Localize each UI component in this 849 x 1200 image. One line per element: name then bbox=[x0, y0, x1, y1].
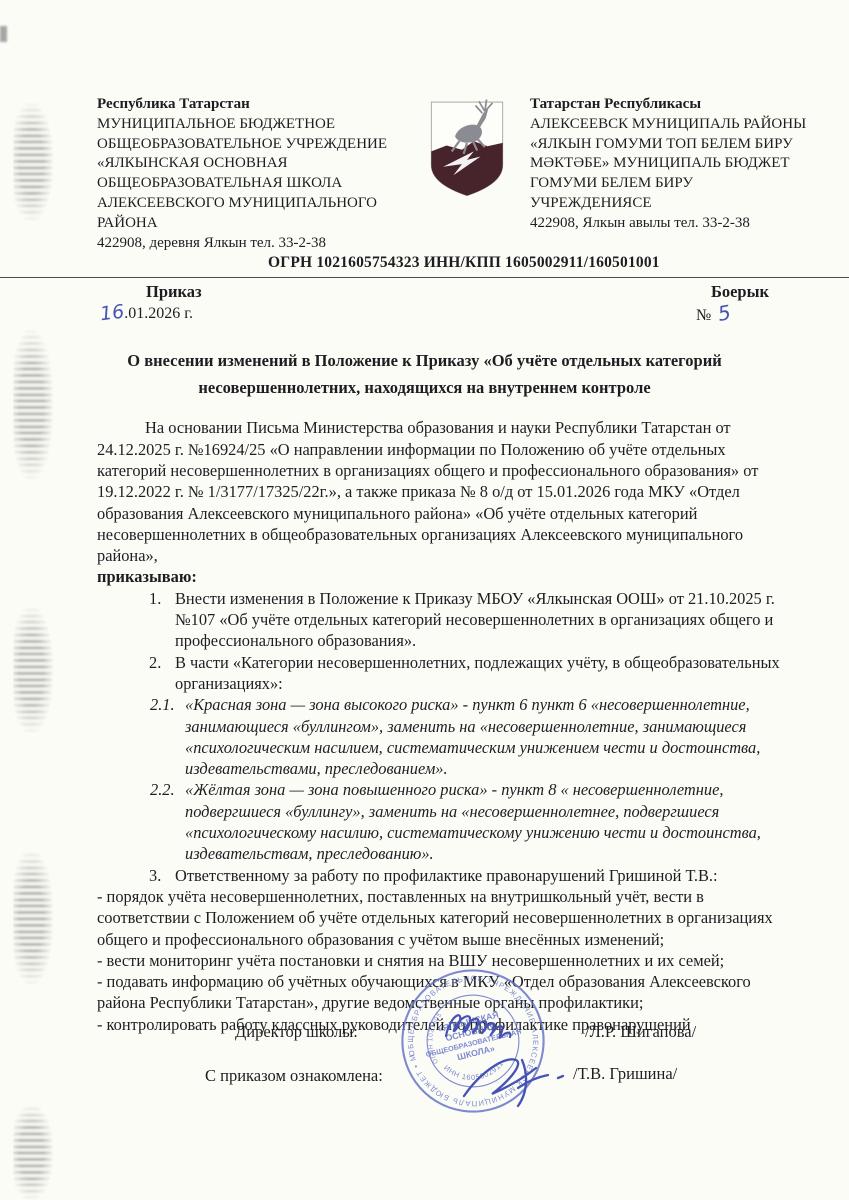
letterhead-line: 422908, деревня Ялкын тел. 33-2-38 bbox=[97, 234, 418, 254]
coat-of-arms-icon bbox=[424, 97, 510, 199]
intro-paragraph: На основании Письма Министерства образов… bbox=[97, 417, 787, 566]
order-labels-row: Приказ Боерык bbox=[0, 278, 849, 302]
letterhead-line: АЛЕКСЕЕВСКОГО МУНИЦИПАЛЬНОГО bbox=[97, 194, 418, 214]
acknowledged-name: /Т.В. Гришина/ bbox=[573, 1064, 677, 1084]
letterhead-russian-block: Республика Татарстан МУНИЦИПАЛЬНОЕ БЮДЖЕ… bbox=[97, 95, 418, 253]
numbered-item: 2.1.«Красная зона — зона высокого риска»… bbox=[97, 694, 787, 779]
numbered-item: 1.Внести изменения в Положение к Приказу… bbox=[97, 588, 787, 652]
acknowledged-label: С приказом ознакомлена: bbox=[205, 1066, 383, 1086]
order-title: О внесении изменений в Положение к Прика… bbox=[0, 347, 849, 401]
letterhead-right-title: Татарстан Республикасы bbox=[530, 95, 809, 115]
order-values-row: 16.01.2026 г. №5 bbox=[0, 302, 849, 325]
order-body: На основании Письма Министерства образов… bbox=[97, 417, 787, 1035]
number-sign: № bbox=[696, 307, 711, 324]
scanned-order-document: Республика Татарстан МУНИЦИПАЛЬНОЕ БЮДЖЕ… bbox=[0, 0, 849, 1200]
item-number: 2. bbox=[149, 652, 161, 673]
letterhead-line: АЛЕКСЕЕВСК МУНИЦИПАЛЬ РАЙОНЫ bbox=[530, 115, 809, 135]
letterhead-line: «ЯЛКЫНСКАЯ ОСНОВНАЯ bbox=[97, 154, 418, 174]
handwritten-day: 16 bbox=[99, 303, 125, 325]
item-text: Ответственному за работу по профилактике… bbox=[175, 866, 718, 885]
numbered-item: 2.2.«Жёлтая зона — зона повышенного риск… bbox=[97, 779, 787, 864]
director-name: /Л.Р. Шигапова/ bbox=[585, 1022, 696, 1042]
numbered-item: 2.В части «Категории несовершеннолетних,… bbox=[97, 652, 787, 695]
numbered-items: 1.Внести изменения в Положение к Приказу… bbox=[97, 588, 787, 886]
director-signature bbox=[440, 1004, 560, 1049]
numbered-item: 3.Ответственному за работу по профилакти… bbox=[97, 865, 787, 886]
handwritten-number: 5 bbox=[717, 302, 733, 324]
letterhead-line: РАЙОНА bbox=[97, 214, 418, 234]
letterhead-line: ОБЩЕОБРАЗОВАТЕЛЬНОЕ УЧРЕЖДЕНИЕ bbox=[97, 135, 418, 155]
letterhead-line: 422908, Ялкын авылы тел. 33-2-38 bbox=[530, 214, 809, 234]
order-title-line2: несовершеннолетних, находящихся на внутр… bbox=[0, 374, 849, 401]
item-text: Внести изменения в Положение к Приказу М… bbox=[175, 589, 775, 651]
scan-artifact bbox=[0, 26, 7, 42]
scan-artifact bbox=[13, 330, 53, 480]
letterhead-tatar-block: Татарстан Республикасы АЛЕКСЕЕВСК МУНИЦИ… bbox=[530, 95, 809, 253]
letterhead: Республика Татарстан МУНИЦИПАЛЬНОЕ БЮДЖЕ… bbox=[0, 0, 849, 253]
item-number: 3. bbox=[149, 865, 161, 886]
item-number: 2.2. bbox=[150, 779, 175, 800]
letterhead-line: МУНИЦИПАЛЬНОЕ БЮДЖЕТНОЕ bbox=[97, 115, 418, 135]
item-text: «Красная зона — зона высокого риска» - п… bbox=[185, 695, 760, 778]
registration-numbers: ОГРН 1021605754323 ИНН/КПП 1605002911/16… bbox=[0, 253, 849, 272]
item-number: 1. bbox=[149, 588, 161, 609]
letterhead-left-lines: МУНИЦИПАЛЬНОЕ БЮДЖЕТНОЕОБЩЕОБРАЗОВАТЕЛЬН… bbox=[97, 115, 418, 254]
scan-artifact bbox=[13, 1105, 53, 1200]
item-number: 2.1. bbox=[150, 694, 175, 715]
director-label: Директор школы: bbox=[235, 1022, 358, 1042]
scan-artifact bbox=[13, 850, 53, 985]
order-title-line1: О внесении изменений в Положение к Прика… bbox=[0, 347, 849, 374]
order-label-ru: Приказ bbox=[146, 282, 202, 302]
letterhead-line: МӘКТӘБЕ» МУНИЦИПАЛЬ БЮДЖЕТ bbox=[530, 154, 809, 174]
letterhead-line: ОБЩЕОБРАЗОВАТЕЛЬНАЯ ШКОЛА bbox=[97, 174, 418, 194]
order-date: 16.01.2026 г. bbox=[100, 303, 193, 325]
letterhead-line: «ЯЛКЫН ГОМУМИ ТОП БЕЛЕМ БИРУ bbox=[530, 135, 809, 155]
acknowledged-signature bbox=[458, 1048, 578, 1110]
item-text: «Жёлтая зона — зона повышенного риска» -… bbox=[185, 780, 761, 863]
order-label-tat: Боерык bbox=[711, 282, 769, 302]
item-text: В части «Категории несовершеннолетних, п… bbox=[175, 653, 780, 693]
letterhead-left-title: Республика Татарстан bbox=[97, 95, 418, 115]
scan-artifact bbox=[13, 103, 53, 221]
order-number: №5 bbox=[696, 303, 731, 325]
dash-item: - порядок учёта несовершеннолетних, пост… bbox=[97, 886, 787, 950]
dash-item: - вести мониторинг учёта постановки и сн… bbox=[97, 950, 787, 971]
order-date-printed: .01.2026 г. bbox=[124, 305, 193, 322]
decree-word: приказываю: bbox=[97, 566, 787, 587]
scan-artifact bbox=[13, 607, 53, 733]
letterhead-right-lines: АЛЕКСЕЕВСК МУНИЦИПАЛЬ РАЙОНЫ«ЯЛКЫН ГОМУМ… bbox=[530, 115, 809, 234]
letterhead-line: ГОМУМИ БЕЛЕМ БИРУ УЧРЕЖДЕНИЯСЕ bbox=[530, 174, 809, 214]
